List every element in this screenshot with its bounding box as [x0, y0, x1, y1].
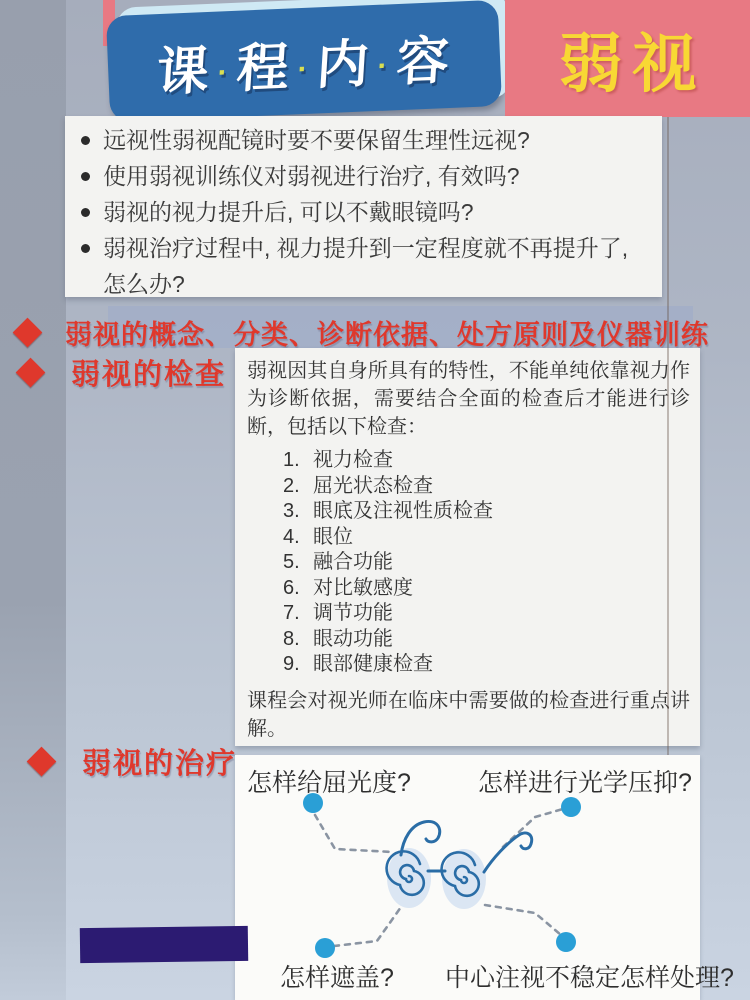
exam-item-number: 1. — [283, 448, 313, 474]
outline-row-treatment: 弱视的治疗 — [31, 741, 237, 782]
exam-item-number: 5. — [283, 550, 313, 576]
question-item: 弱视治疗过程中, 视力提升到一定程度就不再提升了, 怎么办? — [65, 230, 652, 302]
diamond-bullet-icon — [16, 358, 46, 388]
badge-char: 内 — [289, 21, 374, 100]
exam-item-label: 视力检查 — [313, 448, 393, 474]
diamond-bullet-icon — [27, 747, 57, 777]
question-item: 弱视的视力提升后, 可以不戴眼镜吗? — [65, 194, 652, 230]
treatment-panel: 怎样给屈光度? 怎样进行光学压抑? 怎样遮盖? 中心注视不稳定怎样处理? — [235, 755, 700, 1000]
exam-list-item: 6. 对比敏感度 — [283, 576, 690, 602]
course-content-title: 课程内容 — [155, 17, 454, 105]
exam-item-number: 2. — [283, 474, 313, 500]
question-item: 使用弱视训练仪对弱视进行治疗, 有效吗? — [65, 158, 652, 194]
connector-bottom-left — [334, 907, 401, 946]
badge-char: 容 — [369, 17, 454, 96]
topic-label: 弱视 — [549, 13, 707, 105]
exam-list-item: 3. 眼底及注视性质检查 — [283, 499, 690, 525]
outline-row-concepts: 弱视的概念、分类、诊断依据、处方原则及仪器训练 — [17, 313, 709, 352]
badge-char: 程 — [209, 24, 294, 103]
course-content-badge: 课程内容 — [106, 0, 502, 122]
exam-item-label: 调节功能 — [313, 601, 393, 627]
treatment-question-bottom-left: 怎样遮盖? — [280, 958, 394, 994]
marker-dot-icon — [315, 938, 335, 958]
exam-item-label: 对比敏感度 — [313, 576, 413, 602]
badge-char: 课 — [155, 27, 214, 105]
outline-examination-label: 弱视的检查 — [71, 352, 226, 393]
exam-item-label: 融合功能 — [313, 550, 393, 576]
questions-list: 远视性弱视配镜时要不要保留生理性远视? 使用弱视训练仪对弱视进行治疗, 有效吗?… — [65, 122, 652, 302]
vertical-divider-line — [667, 117, 669, 757]
exam-item-number: 6. — [283, 576, 313, 602]
exam-item-label: 眼位 — [313, 525, 353, 551]
treatment-question-top-left: 怎样给屈光度? — [247, 763, 411, 799]
outline-concepts-label: 弱视的概念、分类、诊断依据、处方原则及仪器训练 — [65, 313, 709, 352]
exam-list-item: 2. 屈光状态检查 — [283, 474, 690, 500]
treatment-question-top-right: 怎样进行光学压抑? — [478, 763, 692, 799]
exam-list-item: 7. 调节功能 — [283, 601, 690, 627]
outline-row-examination: 弱视的检查 — [20, 352, 226, 393]
exam-item-label: 眼部健康检查 — [313, 652, 433, 678]
exam-list-item: 4. 眼位 — [283, 525, 690, 551]
exam-item-number: 9. — [283, 652, 313, 678]
exam-list-item: 8. 眼动功能 — [283, 627, 690, 653]
connector-bottom-right — [485, 905, 561, 935]
exam-item-number: 7. — [283, 601, 313, 627]
dark-bottom-bar — [80, 926, 248, 963]
exam-list-item: 1. 视力检查 — [283, 448, 690, 474]
connector-top-left — [315, 815, 393, 852]
examination-intro-text: 弱视因其自身所具有的特性，不能单纯依靠视力作为诊断依据，需要结合全面的检查后才能… — [247, 357, 690, 441]
exam-item-number: 3. — [283, 499, 313, 525]
exam-item-number: 8. — [283, 627, 313, 653]
topic-block: 弱视 — [505, 0, 750, 117]
treatment-question-bottom-right: 中心注视不稳定怎样处理? — [445, 958, 734, 994]
question-item: 远视性弱视配镜时要不要保留生理性远视? — [65, 122, 652, 158]
exam-item-label: 眼底及注视性质检查 — [313, 499, 493, 525]
exam-list-item: 9. 眼部健康检查 — [283, 652, 690, 678]
examination-list: 1. 视力检查 2. 屈光状态检查 3. 眼底及注视性质检查 4. 眼位 5. … — [283, 448, 690, 678]
questions-box: 远视性弱视配镜时要不要保留生理性远视? 使用弱视训练仪对弱视进行治疗, 有效吗?… — [65, 116, 662, 297]
exam-list-item: 5. 融合功能 — [283, 550, 690, 576]
examination-outro-text: 课程会对视光师在临床中需要做的检查进行重点讲解。 — [247, 687, 690, 743]
background-left-strip — [0, 0, 66, 1000]
exam-item-number: 4. — [283, 525, 313, 551]
spiral-glasses-icon — [387, 821, 532, 909]
outline-treatment-label: 弱视的治疗 — [82, 741, 237, 782]
examination-detail-box: 弱视因其自身所具有的特性，不能单纯依靠视力作为诊断依据，需要结合全面的检查后才能… — [235, 348, 700, 746]
marker-dot-icon — [561, 797, 581, 817]
marker-dot-icon — [556, 932, 576, 952]
exam-item-label: 屈光状态检查 — [313, 474, 433, 500]
exam-item-label: 眼动功能 — [313, 627, 393, 653]
diamond-bullet-icon — [13, 318, 43, 348]
